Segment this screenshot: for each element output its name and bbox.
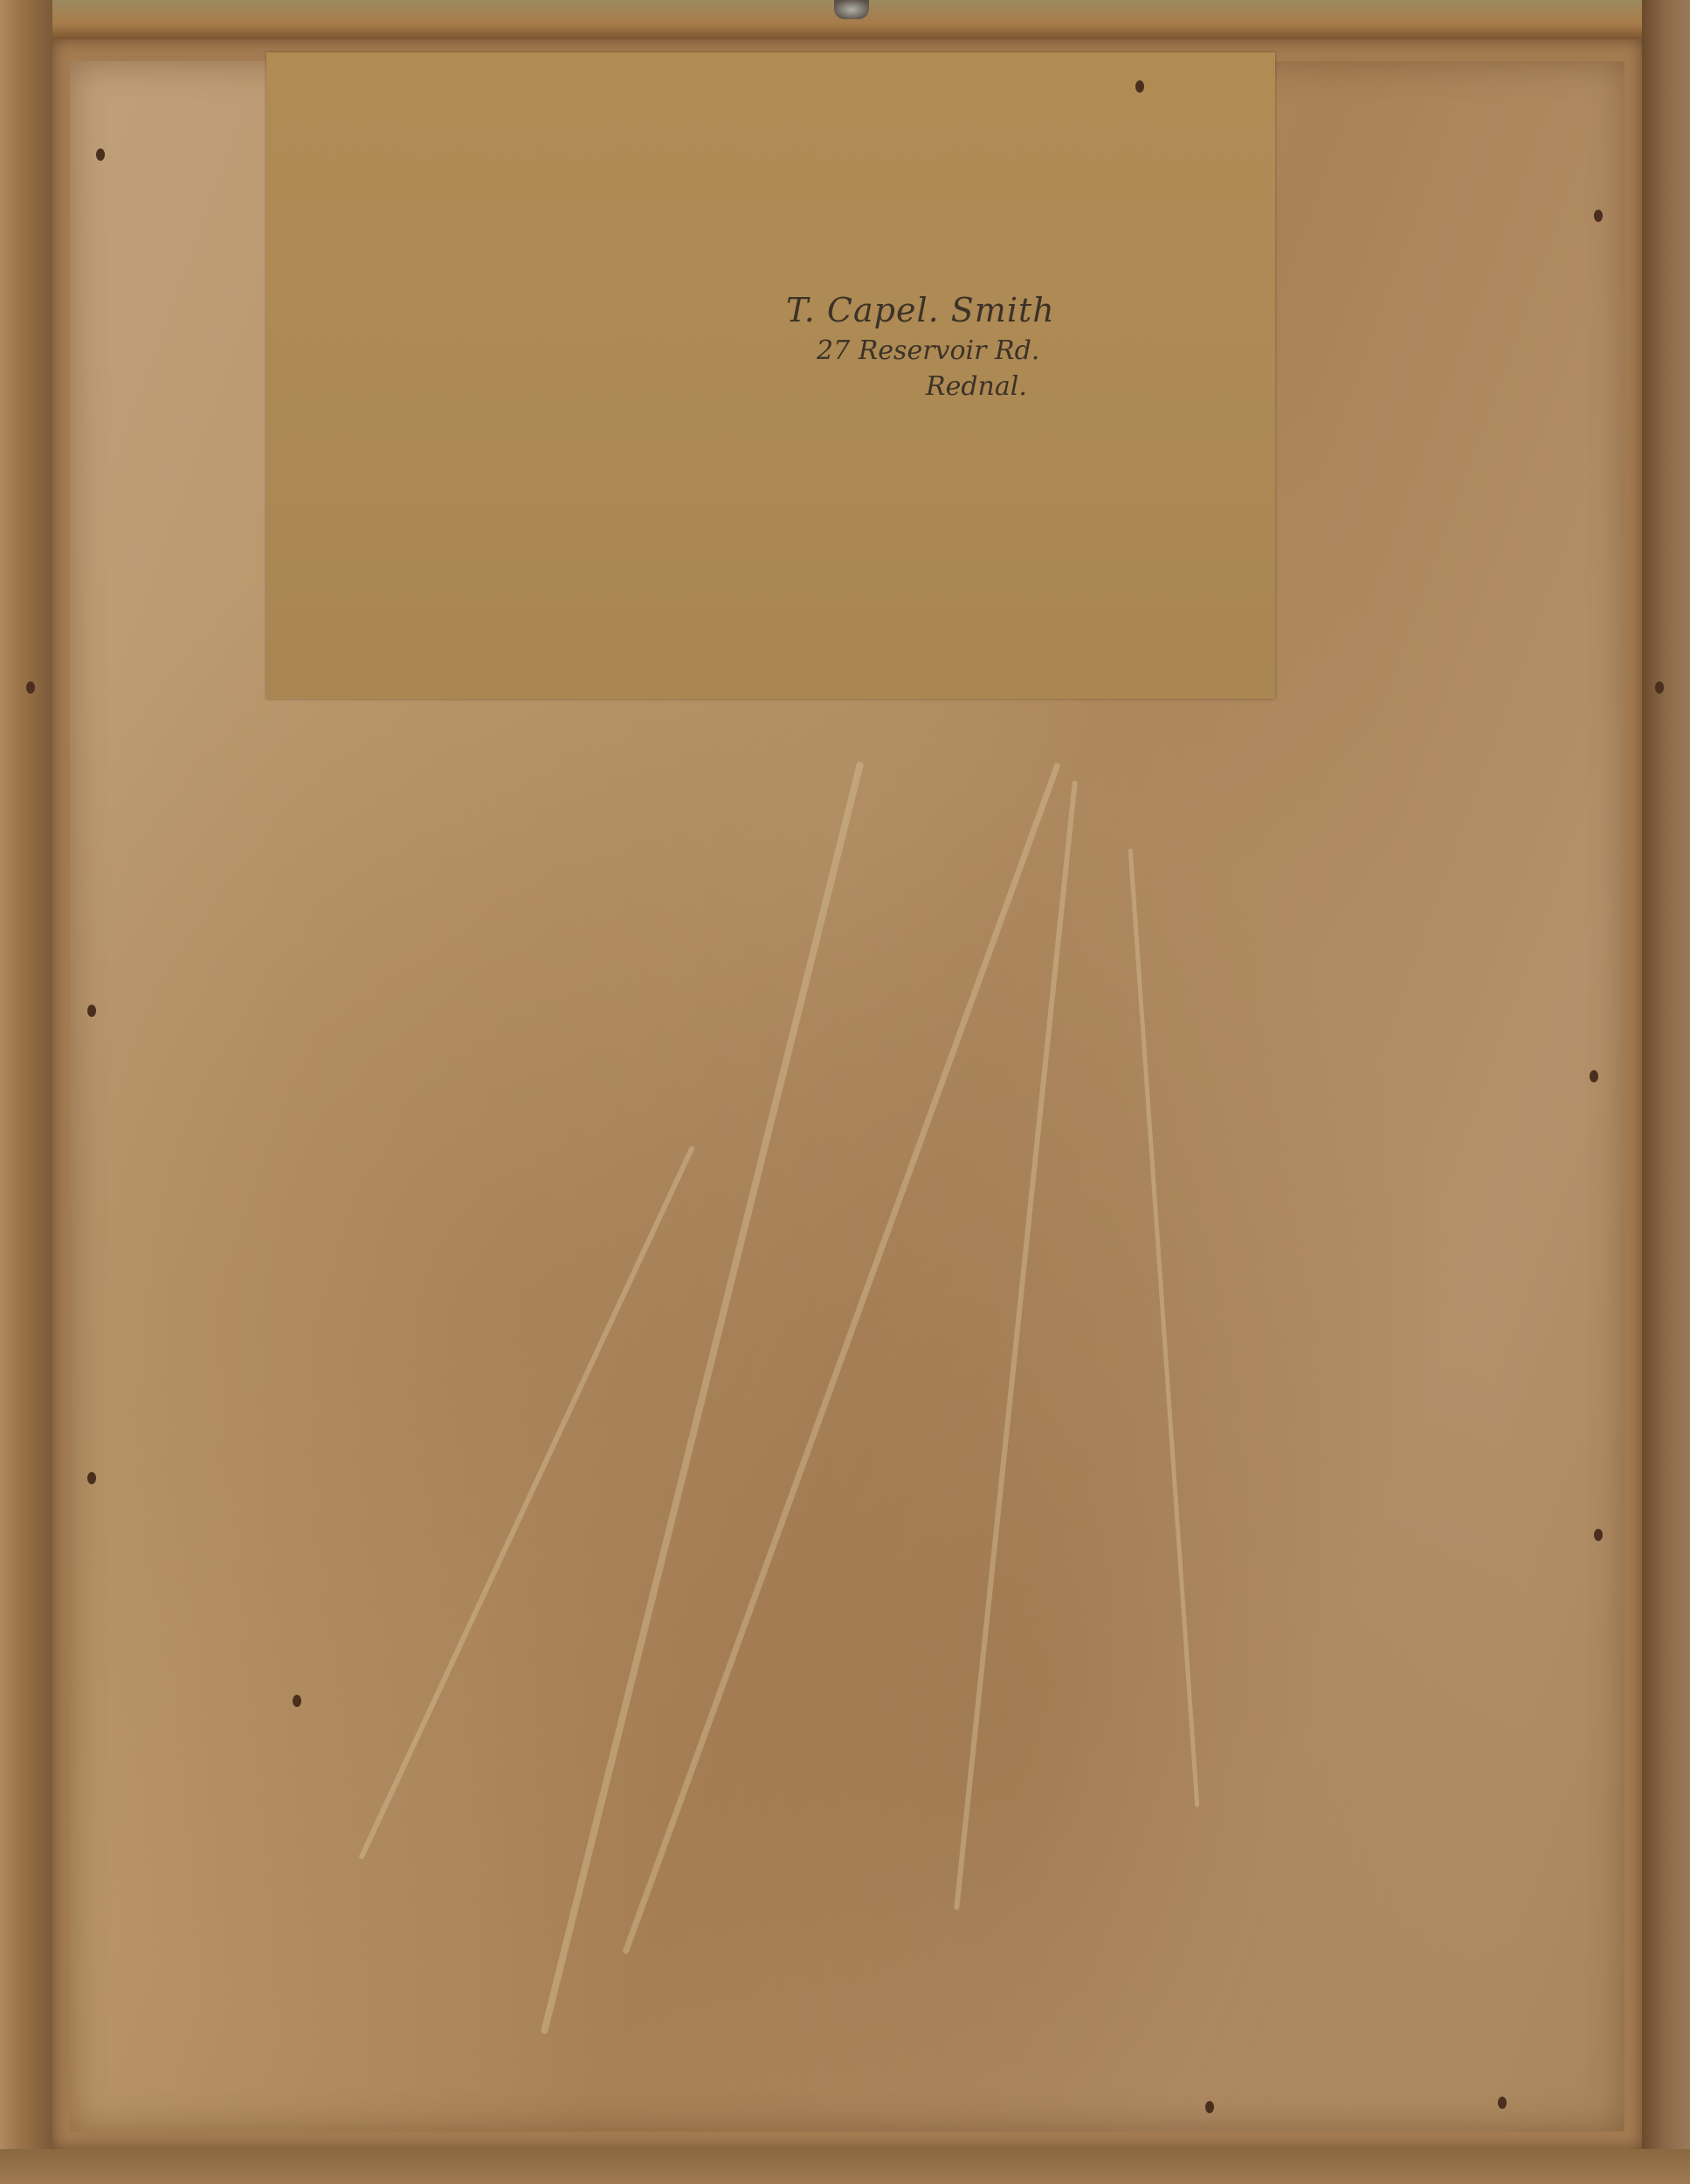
- nail-icon: [1135, 80, 1144, 93]
- nail-icon: [1655, 681, 1664, 694]
- water-stain: [541, 761, 865, 2034]
- nail-icon: [96, 149, 105, 161]
- handwritten-inscription: T. Capel. Smith 27 Reservoir Rd. Rednal.: [786, 293, 1055, 401]
- hanger-icon: [834, 0, 869, 19]
- frame-left-rail: [0, 0, 52, 2184]
- nail-icon: [87, 1005, 96, 1017]
- nail-icon: [1498, 2097, 1507, 2109]
- nail-icon: [1205, 2101, 1214, 2113]
- water-stain: [954, 780, 1078, 1911]
- address-line: 27 Reservoir Rd.: [817, 336, 1055, 365]
- frame-bottom-rail: [0, 2149, 1690, 2184]
- owner-name: T. Capel. Smith: [786, 293, 1055, 329]
- nail-icon: [87, 1472, 96, 1484]
- nail-icon: [1590, 1070, 1598, 1082]
- nail-icon: [293, 1695, 301, 1707]
- frame-right-rail: [1642, 0, 1690, 2184]
- nail-icon: [26, 681, 35, 694]
- nail-icon: [1594, 210, 1603, 222]
- nail-icon: [1594, 1529, 1603, 1541]
- water-stain: [1128, 848, 1200, 1807]
- water-stain: [622, 763, 1061, 1955]
- picture-frame: T. Capel. Smith 27 Reservoir Rd. Rednal.: [0, 0, 1690, 2184]
- locality: Rednal.: [926, 372, 1055, 401]
- paper-label: [266, 52, 1275, 699]
- water-stain: [358, 1145, 695, 1860]
